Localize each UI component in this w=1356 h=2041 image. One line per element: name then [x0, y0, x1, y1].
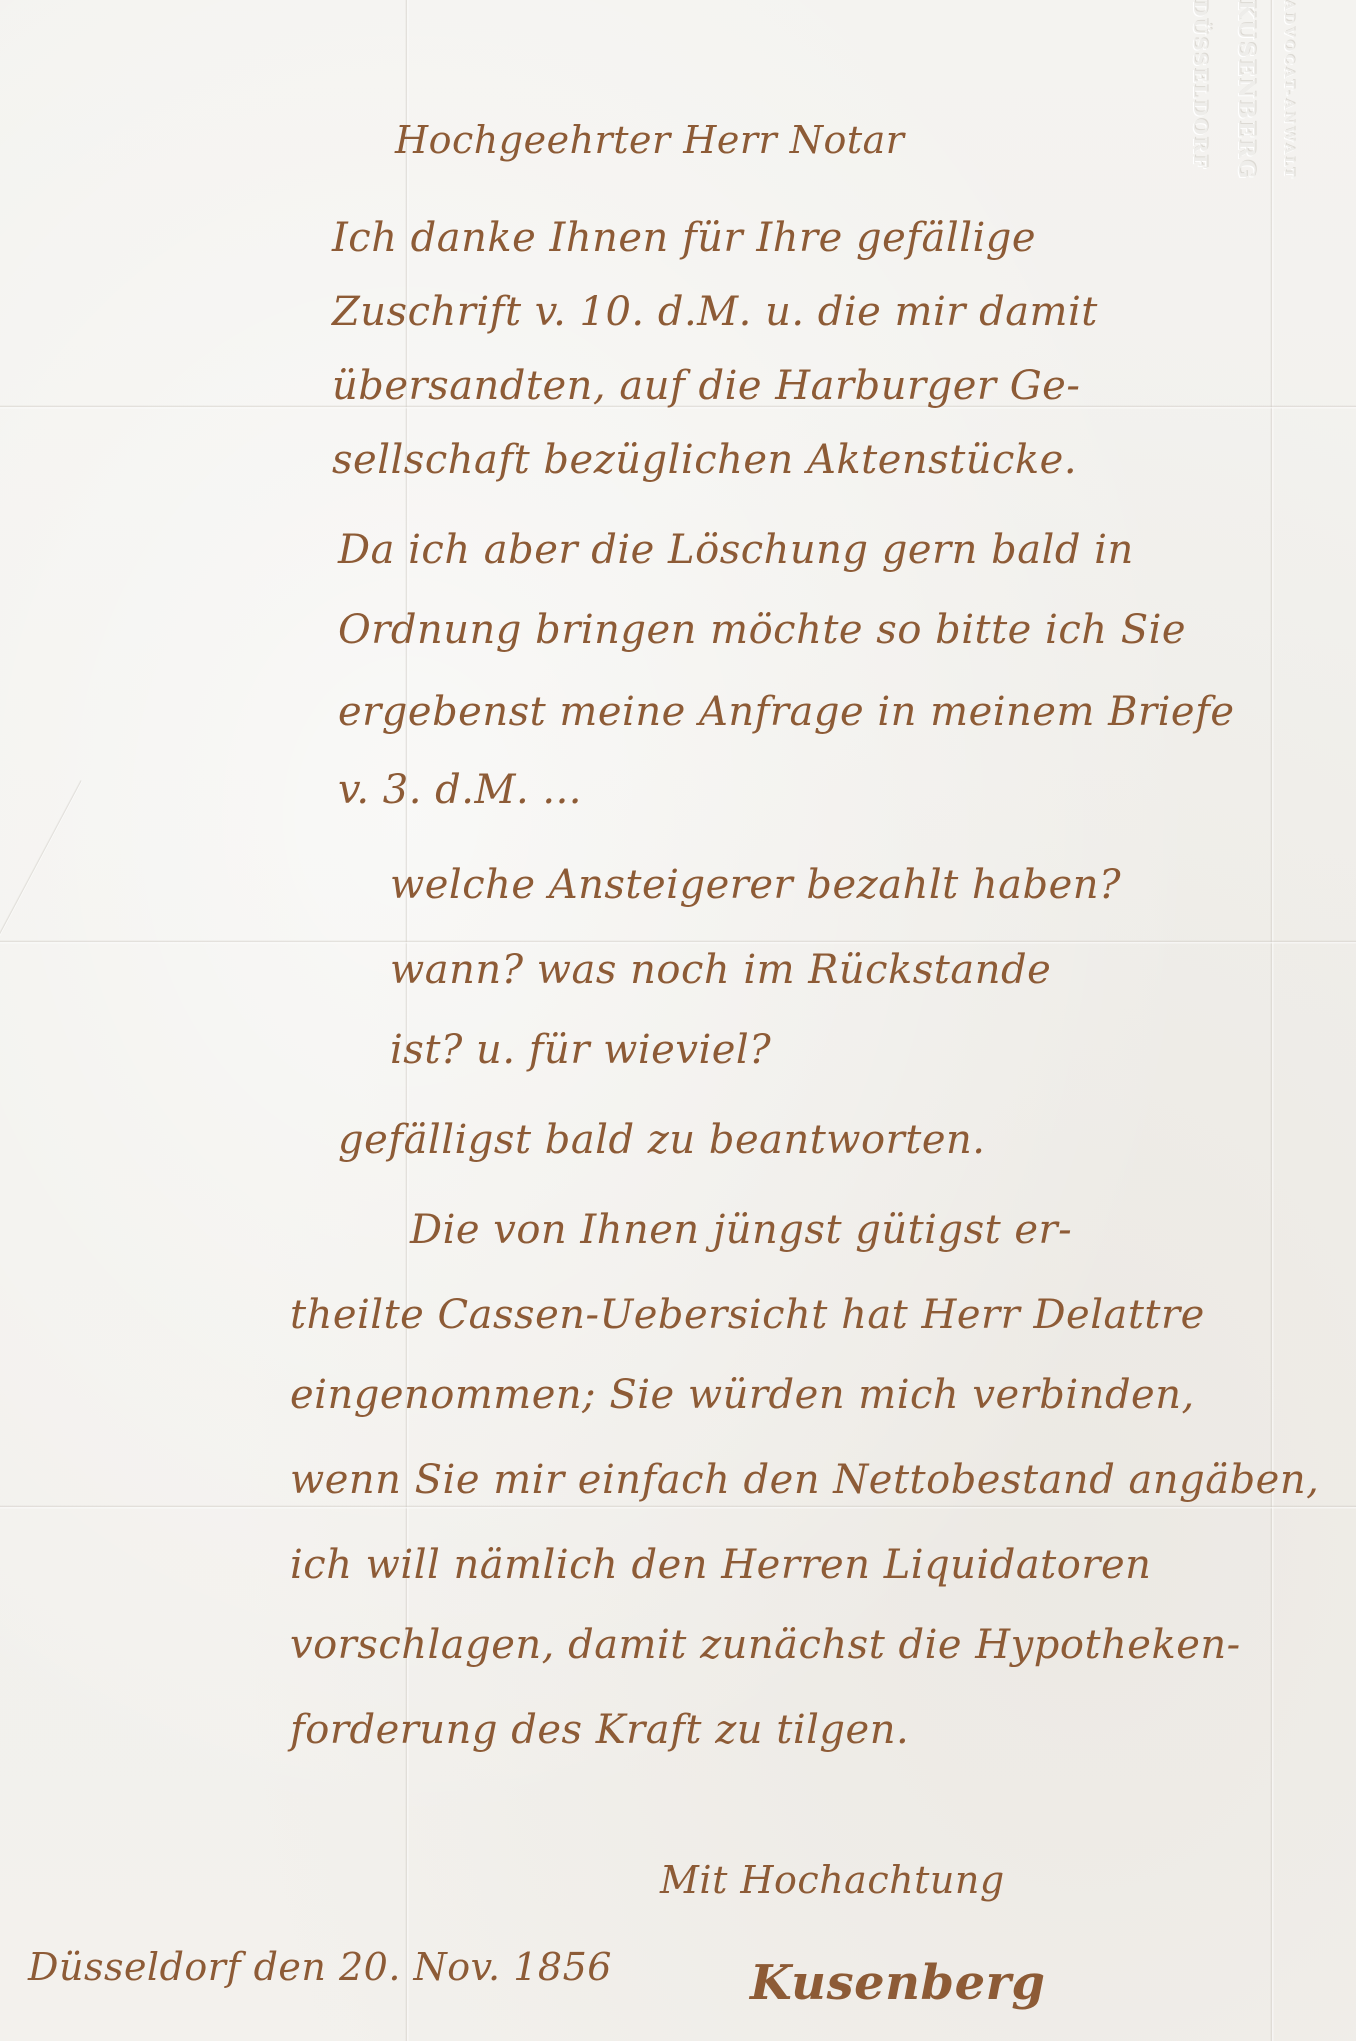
salutation: Hochgeehrter Herr Notar: [395, 118, 904, 162]
body-line: vorschlagen, damit zunächst die Hypothek…: [290, 1625, 1241, 1665]
body-line: übersandten, auf die Harburger Ge-: [332, 366, 1080, 406]
body-line: Zuschrift v. 10. d.M. u. die mir damit: [332, 292, 1098, 332]
letter-paper: ADVOCAT-ANWALT KUSENBERG DÜSSELDORF Hoch…: [0, 0, 1356, 2041]
body-line: gefälligst bald zu beantworten.: [338, 1120, 985, 1160]
closing: Mit Hochachtung: [660, 1858, 1005, 1902]
emboss-line-title: ADVOCAT-ANWALT: [1281, 0, 1296, 240]
body-line: Da ich aber die Löschung gern bald in: [338, 530, 1134, 570]
body-line: v. 3. d.M. ...: [338, 770, 582, 810]
place-date: Düsseldorf den 20. Nov. 1856: [28, 1945, 612, 1989]
body-line: Ordnung bringen möchte so bitte ich Sie: [338, 610, 1186, 650]
question-line: wann? was noch im Rückstande: [390, 950, 1051, 990]
question-line: ist? u. für wieviel?: [390, 1030, 771, 1070]
body-line: eingenommen; Sie würden mich verbinden,: [290, 1375, 1195, 1415]
emboss-line-name: KUSENBERG: [1233, 0, 1259, 240]
body-line: theilte Cassen-Uebersicht hat Herr Delat…: [290, 1295, 1205, 1335]
emboss-line-city: DÜSSELDORF: [1189, 0, 1211, 240]
fold-crease-vertical-right: [1270, 0, 1274, 2041]
fold-crease-diagonal: [0, 780, 83, 1152]
body-line: ergebenst meine Anfrage in meinem Briefe: [338, 692, 1235, 732]
fold-crease-horizontal-middle: [0, 940, 1356, 944]
body-line: wenn Sie mir einfach den Nettobestand an…: [290, 1460, 1319, 1500]
body-line: Die von Ihnen jüngst gütigst er-: [410, 1210, 1072, 1250]
embossed-stamp: ADVOCAT-ANWALT KUSENBERG DÜSSELDORF: [1189, 0, 1296, 240]
question-line: welche Ansteigerer bezahlt haben?: [390, 865, 1121, 905]
body-line: ich will nämlich den Herren Liquidatoren: [290, 1545, 1151, 1585]
fold-crease-horizontal-bottom: [0, 1505, 1356, 1509]
body-line: forderung des Kraft zu tilgen.: [290, 1710, 909, 1750]
body-line: sellschaft bezüglichen Aktenstücke.: [332, 440, 1077, 480]
signature: Kusenberg: [750, 1955, 1045, 2011]
body-line: Ich danke Ihnen für Ihre gefällige: [332, 218, 1036, 258]
